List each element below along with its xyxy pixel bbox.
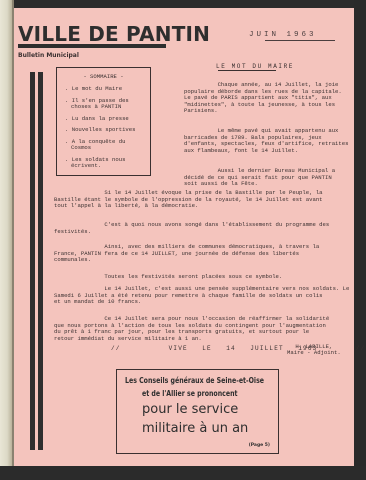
toc-title: - SOMMAIRE - [57,74,150,80]
scan-top-border [0,0,366,8]
signature: H. LABILLE, Maire - Adjoint. [287,344,341,357]
paragraph: Le même pavé qui avait appartenu aux bar… [184,128,348,154]
paragraph: Ainsi, avec des milliers de communes dém… [54,244,319,264]
article-heading: LE MOT DU MAIRE [216,63,294,70]
issue-date: JUIN 1963 [249,31,317,39]
paragraph: Ce 14 Juillet sera pour nous l'occasion … [54,316,329,342]
boxed-headline-line2: et de l'Allier se prononcent [142,389,238,398]
heading-underline [218,70,276,71]
adjacent-page-strip [0,0,12,480]
toc-item[interactable]: . Le mot du Maire [65,86,149,92]
masthead-subtitle: Bulletin Municipal [18,52,79,59]
boxed-headline-line3: pour le service [142,402,238,417]
toc-item[interactable]: . Il s'en passe des choses à PANTIN [65,98,149,111]
date-underline [265,40,335,41]
toc-item[interactable]: . A la conquête du Cosmos [65,139,149,152]
paragraph: Aussi le dernier Bureau Municipal a déci… [184,168,335,188]
scan-bottom-border [0,466,366,480]
boxed-headline-line1: Les Conseils généraux de Seine-et-Oise [125,376,264,385]
paragraph: Le 14 Juillet, c'est aussi une pensée su… [54,286,349,306]
signature-title: Maire - Adjoint. [287,350,341,356]
scan-right-border [354,0,366,480]
paragraph: C'est à quoi nous avons songé dans l'éta… [54,222,329,235]
decorative-bar-right [38,72,43,450]
page-reference: (Page 5) [249,443,270,448]
toc-item[interactable]: . Lu dans la presse [65,116,149,122]
decorative-bar-left [30,72,35,450]
toc-item[interactable]: . Nouvelles sportives [65,127,149,133]
boxed-headline-line4: militaire à un an [142,421,248,436]
boxed-headline[interactable]: Les Conseils généraux de Seine-et-Oise e… [116,369,279,454]
masthead-title: VILLE DE PANTIN [18,22,210,46]
paragraph: Toutes les festivités seront placées sou… [54,274,282,281]
paragraph: Si le 14 Juillet évoque la prise de la B… [54,190,323,210]
paragraph: Chaque année, au 14 Juillet, la joie pop… [184,82,342,115]
masthead-rule [18,44,166,48]
table-of-contents-box: - SOMMAIRE - . Le mot du Maire . Il s'en… [56,67,151,176]
toc-list: . Le mot du Maire . Il s'en passe des ch… [65,86,149,175]
toc-item[interactable]: . Les soldats nous écrivent. [65,157,149,170]
